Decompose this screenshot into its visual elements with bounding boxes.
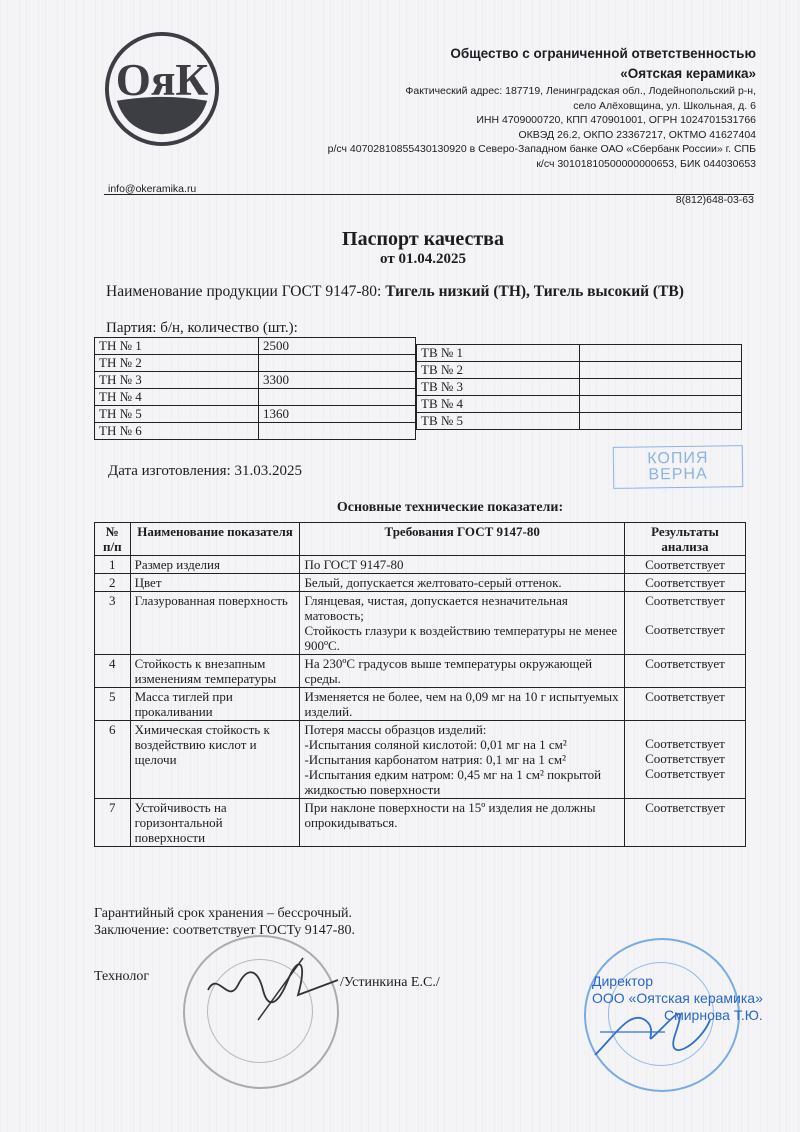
table-row: 2 Цвет Белый, допускается желтовато-серы… [95,574,746,592]
requirement-line: -Испытания едким натром: 0,45 мг на 1 см… [304,767,619,797]
address-line-1: Фактический адрес: 187719, Ленинградская… [328,84,756,99]
batch-row: ТН № 12500 [95,338,416,355]
ids-line-2: ОКВЭД 26.2, ОКПО 23367217, ОКТМО 4162740… [328,128,756,143]
table-row: 3 Глазурованная поверхность Глянцевая, ч… [95,592,746,655]
batch-qty [580,345,742,362]
batch-qty [580,362,742,379]
stamp-line-2: ВЕРНА [614,466,742,484]
batch-qty [259,355,416,372]
warranty-block: Гарантийный срок хранения – бессрочный. … [94,905,355,939]
batch-qty [580,396,742,413]
batch-qty [580,413,742,430]
batch-name: ТН № 6 [95,423,259,440]
product-line: Наименование продукции ГОСТ 9147-80: Тиг… [106,283,684,301]
row-no: 5 [95,688,131,721]
batch-row: ТН № 6 [95,423,416,440]
table-row: 5 Масса тиглей при прокаливании Изменяет… [95,688,746,721]
row-no: 3 [95,592,131,655]
spec-table: № п/п Наименование показателя Требования… [94,522,746,847]
row-requirement: Потеря массы образцов изделий: -Испытани… [300,721,624,799]
product-value: Тигель низкий (ТН), Тигель высокий (ТВ) [385,283,684,300]
director-title: Директор [592,973,763,990]
warranty-text: Гарантийный срок хранения – бессрочный. [94,905,355,922]
requirement-line: Стойкость глазури к воздействию температ… [304,623,619,653]
batch-row: ТВ № 2 [417,362,742,379]
result-value: Соответствует [629,575,741,590]
address-line-2: село Алёховщина, ул. Школьная, д. 6 [328,99,756,114]
row-no: 2 [95,574,131,592]
batch-row: ТН № 4 [95,389,416,406]
requirement-line: Глянцевая, чистая, допускается незначите… [304,593,619,623]
row-no: 6 [95,721,131,799]
table-row: 1 Размер изделия По ГОСТ 9147-80 Соответ… [95,556,746,574]
result-value: Соответствует [629,622,741,637]
document-title: Паспорт качества [0,228,800,251]
batch-row: ТН № 33300 [95,372,416,389]
company-name: «Оятская керамика» [328,64,756,84]
batch-name: ТН № 4 [95,389,259,406]
batch-name: ТН № 5 [95,406,259,423]
row-result: Соответствует [624,655,745,688]
batch-name: ТВ № 1 [417,345,580,362]
director-signature-icon [590,990,730,1060]
requirement-line: -Испытания соляной кислотой: 0,01 мг на … [304,737,619,752]
requirement-line: По ГОСТ 9147-80 [304,557,619,572]
batch-name: ТВ № 5 [417,413,580,430]
technologist-name: /Устинкина Е.С./ [340,975,440,991]
row-name: Размер изделия [130,556,300,574]
batch-row: ТВ № 5 [417,413,742,430]
requirement-line: При наклоне поверхности на 15º изделия н… [304,800,619,830]
batch-name: ТВ № 3 [417,379,580,396]
manufacture-date: Дата изготовления: 31.03.2025 [108,463,302,480]
batch-row: ТВ № 3 [417,379,742,396]
batch-qty: 1360 [259,406,416,423]
batch-qty [580,379,742,396]
batch-name: ТН № 1 [95,338,259,355]
table-row: 4 Стойкость к внезапным изменениям темпе… [95,655,746,688]
header-requirements: Требования ГОСТ 9147-80 [300,523,624,556]
bank-line-2: к/сч 30101810500000000653, БИК 044030653 [328,157,756,172]
bank-line-1: р/сч 40702810855430130920 в Северо-Запад… [328,142,756,157]
product-label: Наименование продукции ГОСТ 9147-80: [106,283,385,300]
header-no: № п/п [95,523,131,556]
spec-header-row: № п/п Наименование показателя Требования… [95,523,746,556]
row-name: Химическая стойкость к воздействию кисло… [130,721,300,799]
document-date: от 01.04.2025 [0,251,800,268]
company-phone: 8(812)648-03-63 [676,194,754,206]
requirement-line: -Испытания карбонатом натрия: 0,1 мг на … [304,752,619,767]
batch-label: Партия: б/н, количество (шт.): [106,320,298,337]
batch-name: ТН № 3 [95,372,259,389]
row-result: Соответствует [624,556,745,574]
row-result: Соответствует [624,688,745,721]
batch-row: ТВ № 4 [417,396,742,413]
batch-name: ТН № 2 [95,355,259,372]
row-requirement: При наклоне поверхности на 15º изделия н… [300,799,624,847]
batch-row: ТВ № 1 [417,345,742,362]
requirement-line: Потеря массы образцов изделий: [304,722,619,737]
row-result: Соответствует Соответствует [624,592,745,655]
requirement-line: Изменяется не более, чем на 0,09 мг на 1… [304,689,619,719]
row-no: 1 [95,556,131,574]
header-name: Наименование показателя [130,523,300,556]
batch-qty [259,423,416,440]
batch-qty: 3300 [259,372,416,389]
row-no: 4 [95,655,131,688]
result-value: Соответствует [629,557,741,572]
row-requirement: Изменяется не более, чем на 0,09 мг на 1… [300,688,624,721]
table-row: 6 Химическая стойкость к воздействию кис… [95,721,746,799]
batch-table-tv: ТВ № 1 ТВ № 2 ТВ № 3 ТВ № 4 ТВ № 5 [416,344,742,430]
result-value: Соответствует [629,736,741,751]
header-results: Результаты анализа [624,523,745,556]
batch-table-tn: ТН № 12500 ТН № 2 ТН № 33300 ТН № 4 ТН №… [94,337,416,440]
row-name: Стойкость к внезапным изменениям темпера… [130,655,300,688]
row-result: Соответствует [624,574,745,592]
company-type: Общество с ограниченной ответственностью [328,44,756,64]
row-no: 7 [95,799,131,847]
batch-qty: 2500 [259,338,416,355]
row-requirement: Белый, допускается желтовато-серый оттен… [300,574,624,592]
result-value: Соответствует [629,766,741,781]
conclusion-text: Заключение: соответствует ГОСТу 9147-80. [94,922,355,939]
batch-row: ТН № 51360 [95,406,416,423]
row-name: Цвет [130,574,300,592]
technologist-signature-icon [198,950,348,1025]
requirement-line: Белый, допускается желтовато-серый оттен… [304,575,619,590]
row-result: Соответствует Соответствует Соответствуе… [624,721,745,799]
ids-line-1: ИНН 4709000720, КПП 470901001, ОГРН 1024… [328,113,756,128]
batch-row: ТН № 2 [95,355,416,372]
row-name: Устойчивость на горизонтальной поверхнос… [130,799,300,847]
row-requirement: По ГОСТ 9147-80 [300,556,624,574]
batch-qty [259,389,416,406]
header-divider [104,194,754,195]
row-requirement: Глянцевая, чистая, допускается незначите… [300,592,624,655]
result-value: Соответствует [629,593,741,608]
row-name: Масса тиглей при прокаливании [130,688,300,721]
company-logo-icon: ОяК [103,30,221,148]
row-name: Глазурованная поверхность [130,592,300,655]
result-value: Соответствует [629,800,741,815]
section-title: Основные технические показатели: [0,500,800,516]
row-result: Соответствует [624,799,745,847]
copy-certified-stamp: КОПИЯ ВЕРНА [613,445,744,489]
result-value: Соответствует [629,656,741,671]
batch-name: ТВ № 4 [417,396,580,413]
row-requirement: На 230ºС градусов выше температуры окруж… [300,655,624,688]
company-details: Общество с ограниченной ответственностью… [328,44,756,171]
result-value: Соответствует [629,689,741,704]
result-value: Соответствует [629,751,741,766]
requirement-line: На 230ºС градусов выше температуры окруж… [304,656,619,686]
table-row: 7 Устойчивость на горизонтальной поверхн… [95,799,746,847]
batch-name: ТВ № 2 [417,362,580,379]
technologist-label: Технолог [94,969,149,985]
